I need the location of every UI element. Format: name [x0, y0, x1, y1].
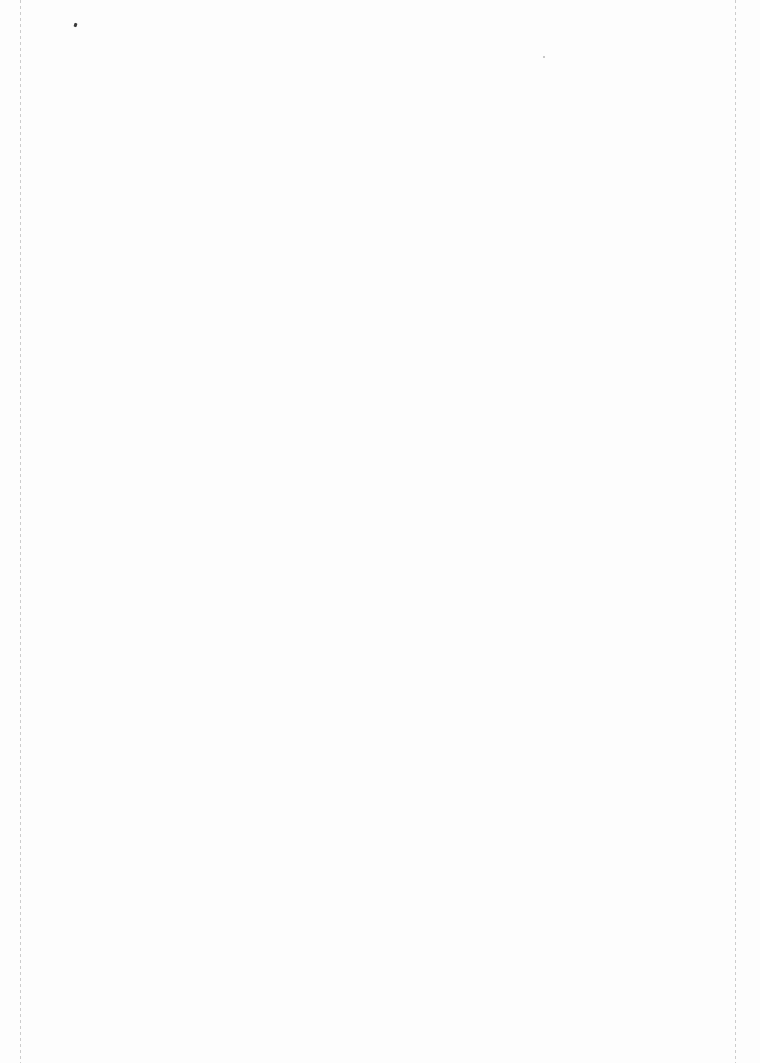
scanned-script-page — [0, 0, 760, 1063]
right-dashed-divider — [735, 0, 736, 1063]
ink-speck — [73, 23, 77, 28]
ink-speck — [543, 56, 545, 58]
left-dashed-divider — [20, 0, 21, 1063]
